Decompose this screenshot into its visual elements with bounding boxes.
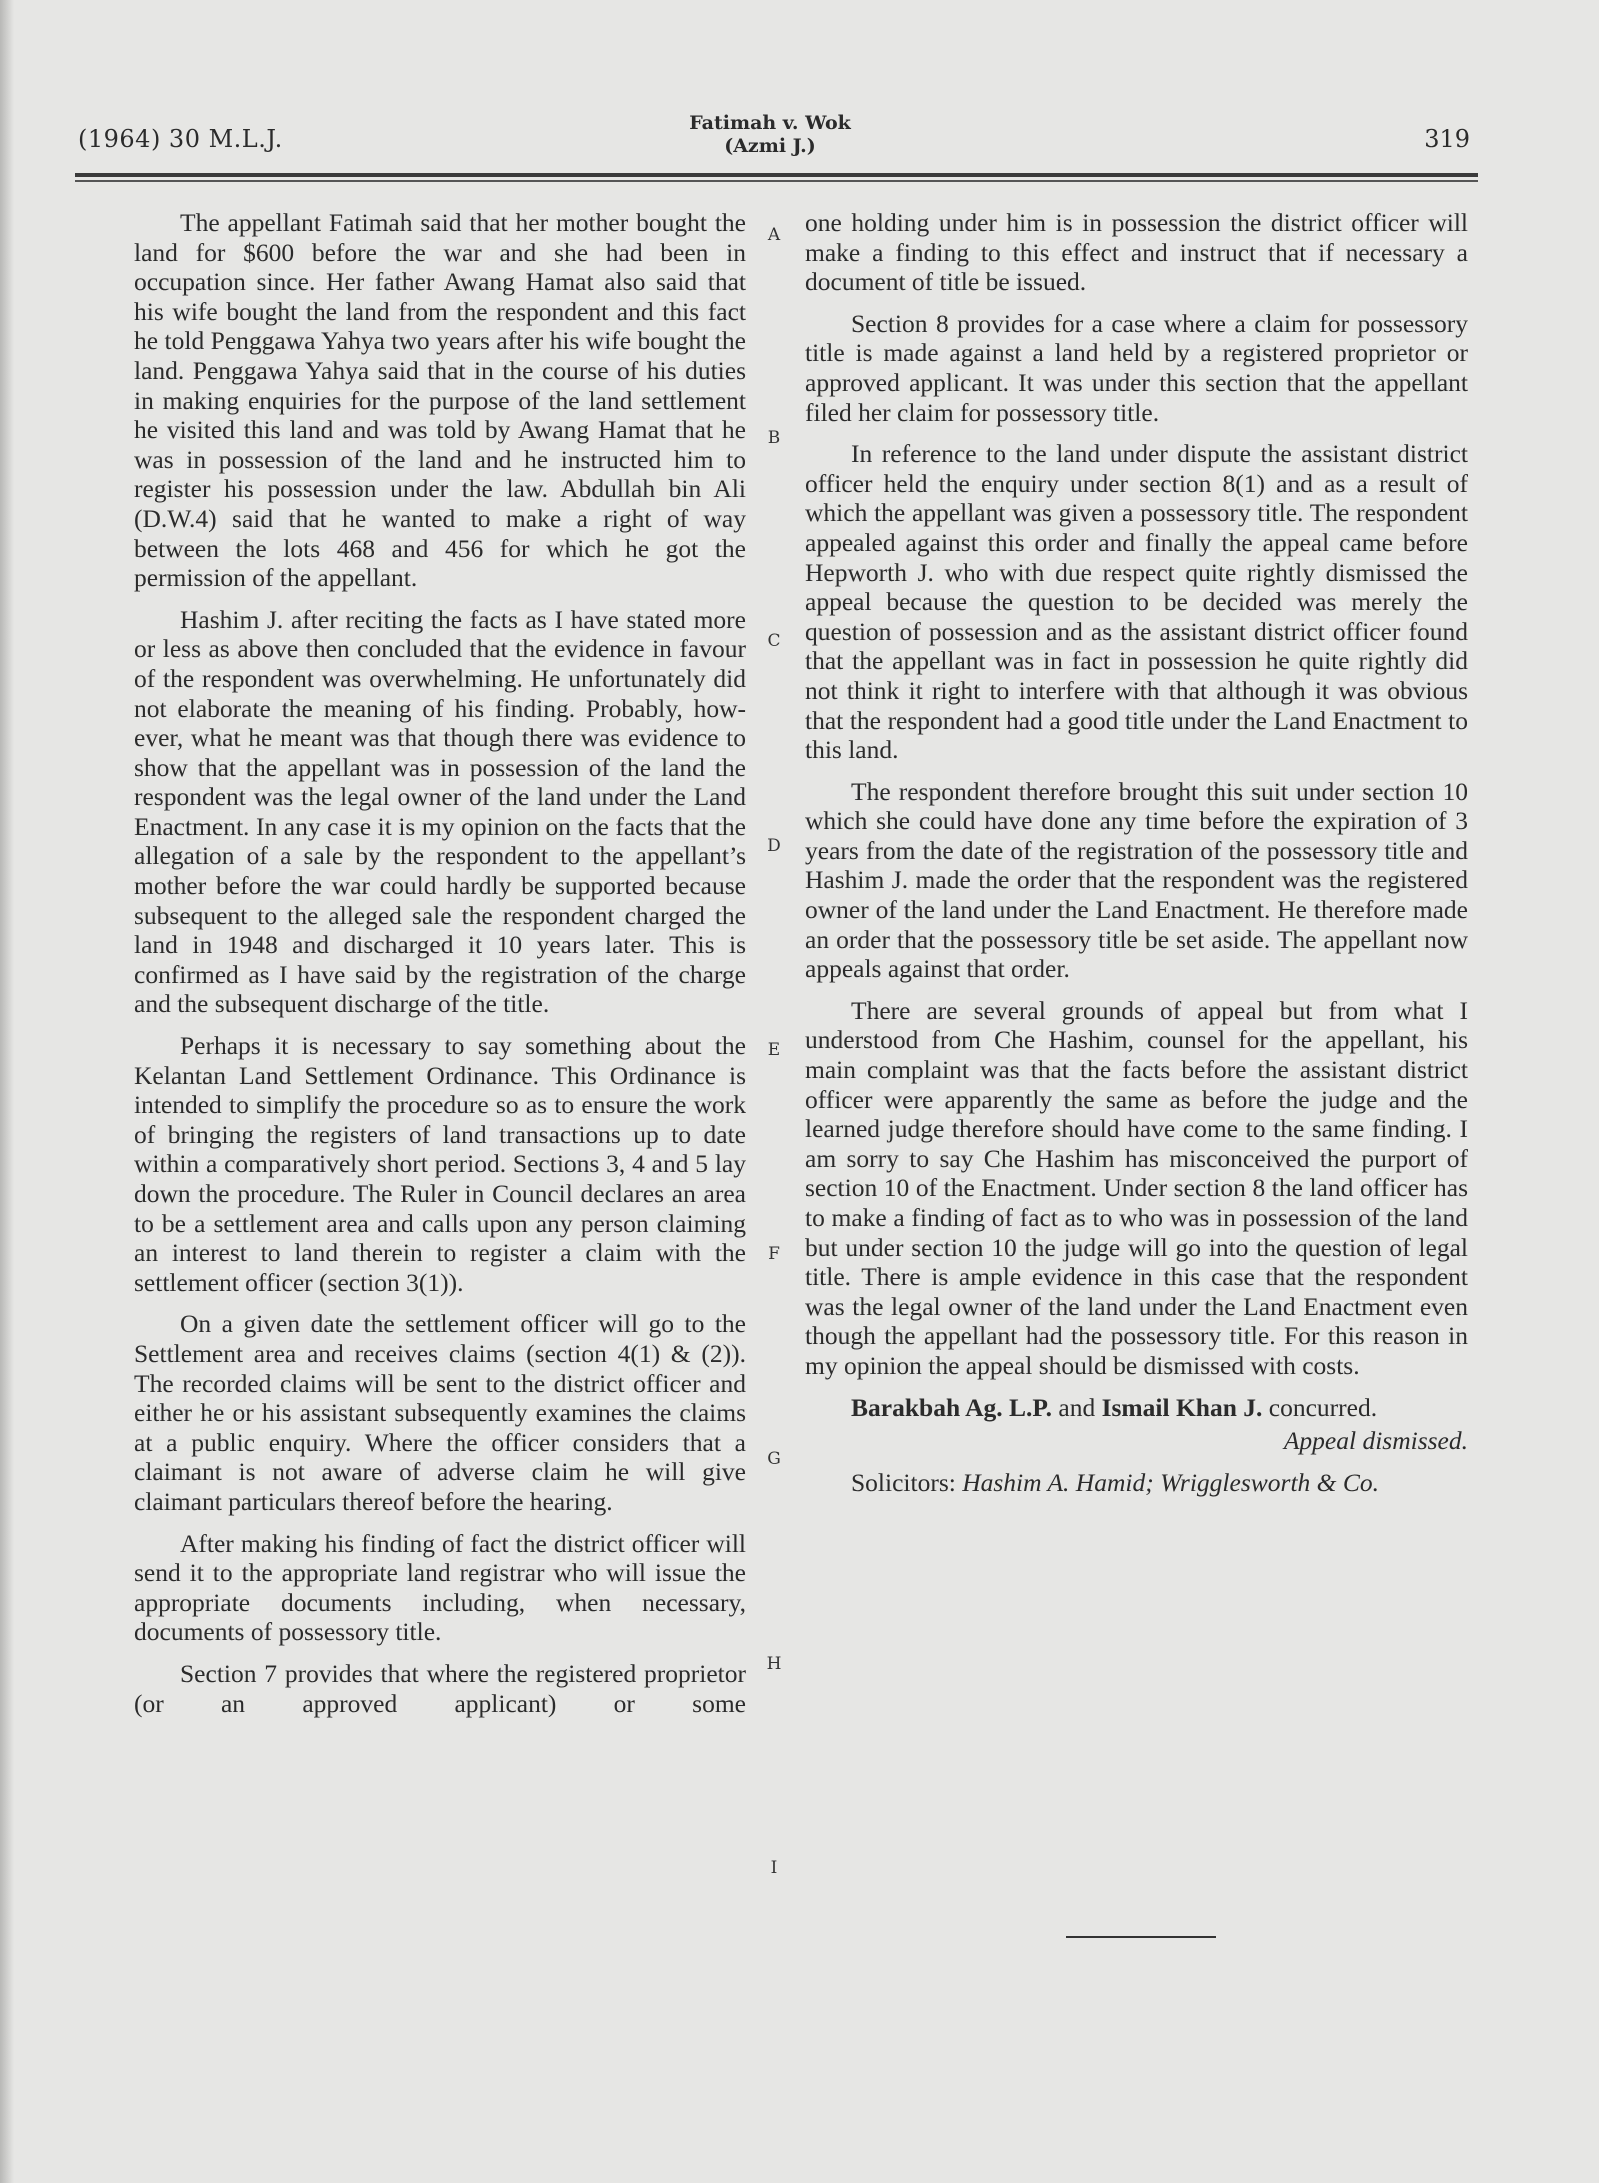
margin-letter-h: H [764, 1654, 784, 1674]
margin-letter-e: E [764, 1040, 784, 1060]
result: Appeal dismissed. [805, 1426, 1468, 1456]
concurring-judge-1: Barakbah Ag. L.P. [851, 1393, 1052, 1422]
left-column: The appellant Fatimah said that her moth… [134, 208, 746, 1730]
case-title: Fatimah v. Wok [600, 112, 940, 135]
margin-letter-f: F [764, 1244, 784, 1264]
end-of-judgment-rule [1066, 1936, 1216, 1938]
paragraph: On a given date the settlement officer w… [134, 1309, 746, 1516]
paragraph: After making his finding of fact the dis… [134, 1529, 746, 1647]
paragraph: The appellant Fatimah said that her moth… [134, 208, 746, 593]
paragraph: In reference to the land under dispute t… [805, 439, 1468, 765]
right-column: one holding under him is in possession t… [805, 208, 1468, 1509]
running-header: (1964) 30 M.L.J. Fatimah v. Wok (Azmi J.… [0, 0, 1599, 190]
margin-letter-g: G [764, 1449, 784, 1469]
paragraph: Hashim J. after reciting the facts as I … [134, 605, 746, 1019]
paragraph: Perhaps it is necessary to say something… [134, 1031, 746, 1297]
margin-letter-a: A [764, 225, 784, 245]
paragraph: The respondent therefore brought this su… [805, 777, 1468, 984]
judge-name: (Azmi J.) [600, 135, 940, 158]
citation: (1964) 30 M.L.J. [78, 125, 283, 153]
paragraph: one holding under him is in possession t… [805, 208, 1468, 297]
margin-letter-b: B [764, 428, 784, 448]
page-number: 319 [1400, 125, 1470, 153]
header-rule-thick [75, 173, 1478, 177]
page-edge-shadow [0, 0, 14, 2183]
header-rule-thin [75, 180, 1478, 182]
concurrence-suffix: con­curred. [1262, 1393, 1377, 1422]
paragraph: There are several grounds of appeal but … [805, 996, 1468, 1381]
margin-letter-d: D [764, 836, 784, 856]
paragraph: Section 7 provides that where the regist… [134, 1659, 746, 1718]
concurrence-conjunction: and [1052, 1393, 1102, 1422]
appellant-solicitor: Hashim A. Hamid; [962, 1468, 1154, 1497]
case-heading: Fatimah v. Wok (Azmi J.) [600, 112, 940, 158]
respondent-solicitor: Wriggles­worth & Co. [1160, 1468, 1379, 1497]
margin-letter-i: I [764, 1858, 784, 1878]
concurring-judge-2: Ismail Khan J. [1102, 1393, 1263, 1422]
concurrence: Barakbah Ag. L.P. and Ismail Khan J. con… [805, 1393, 1468, 1423]
paragraph: Section 8 provides for a case where a cl… [805, 309, 1468, 427]
solicitors-label: Solicitors: [851, 1468, 956, 1497]
solicitors: Solicitors: Hashim A. Hamid; Wriggles­wo… [805, 1468, 1468, 1498]
margin-letter-c: C [764, 631, 784, 651]
